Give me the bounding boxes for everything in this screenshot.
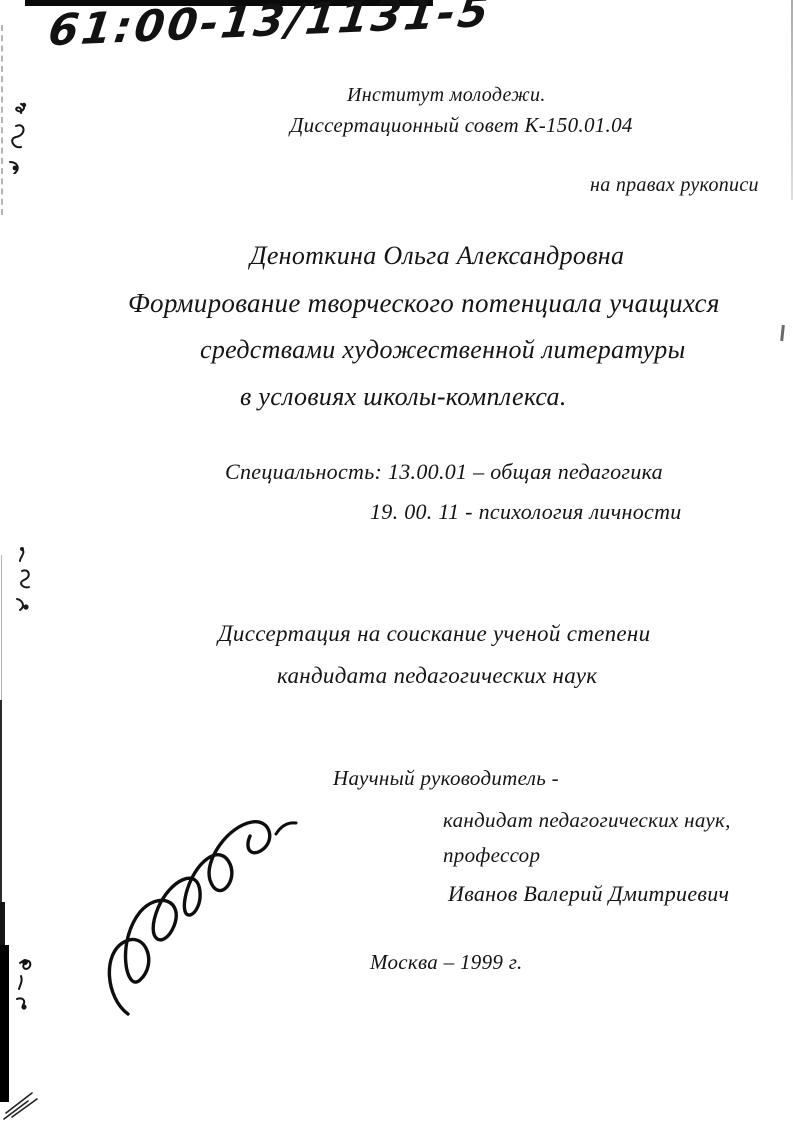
title-line-1: Формирование творческого потенциала учащ…: [128, 288, 720, 319]
scanned-title-page: 61:00-13/1131-5 Институт молодежи. Диссе…: [0, 0, 793, 1122]
ink-smudge-bottom-left: [12, 955, 38, 1019]
ink-smudge-top-left: [6, 100, 34, 174]
title-line-2: средствами художественной литературы: [200, 335, 685, 365]
scan-scratch-bottom-left: [2, 1086, 44, 1120]
advisor-degree: кандидат педагогических наук,: [443, 808, 731, 833]
city-year-imprint: Москва – 1999 г.: [370, 950, 523, 975]
handwritten-shelf-number: 61:00-13/1131-5: [45, 0, 494, 56]
handwritten-signature: [100, 792, 315, 1020]
institute-name: Институт молодежи.: [347, 84, 546, 107]
scan-edge-left-thin-bar: [0, 700, 2, 910]
scan-edge-left-mid-bar: [0, 902, 5, 950]
degree-line-1: Диссертация на соискание ученой степени: [218, 621, 650, 647]
ink-smudge-middle-left: [8, 545, 36, 617]
degree-line-2: кандидата педагогических наук: [277, 663, 597, 689]
advisor-name: Иванов Валерий Дмитриевич: [448, 881, 729, 907]
title-line-3: в условиях школы-комплекса.: [240, 382, 567, 412]
specialty-line-1: Специальность: 13.00.01 – общая педагоги…: [225, 459, 663, 485]
scan-edge-left-faint-line: [1, 555, 2, 705]
scan-edge-left-dashed-line: [1, 25, 3, 215]
scan-edge-left-black-bar: [0, 945, 9, 1102]
scan-speck-right: [780, 325, 785, 341]
specialty-line-2: 19. 00. 11 - психология личности: [370, 499, 682, 525]
advisor-rank: профессор: [443, 843, 540, 868]
advisor-label: Научный руководитель -: [333, 766, 559, 791]
council-line: Диссертационный совет К-150.01.04: [290, 113, 633, 138]
manuscript-note: на правах рукописи: [590, 174, 759, 197]
author-name: Деноткина Ольга Александровна: [250, 241, 624, 271]
